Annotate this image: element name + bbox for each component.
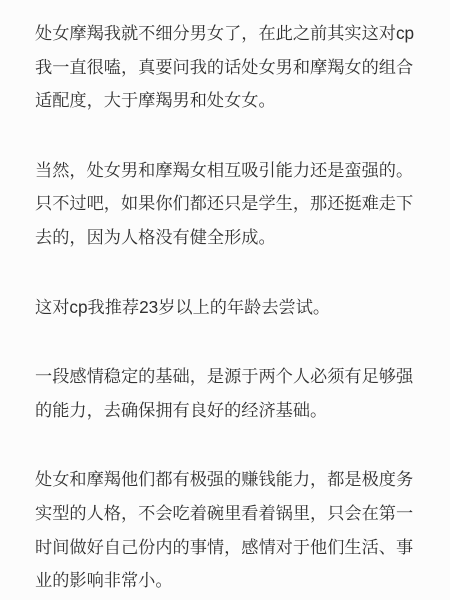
article-paragraph-4: 一段感情稳定的基础，是源于两个人必须有足够强的能力，去确保拥有良好的经济基础。 — [35, 360, 415, 427]
article-paragraph-5: 处女和摩羯他们都有极强的赚钱能力，都是极度务实型的人格，不会吃着碗里看着锅里，只… — [35, 463, 415, 597]
article-page: 处女摩羯我就不细分男女了，在此之前其实这对cp我一直很嗑，真要问我的话处女男和摩… — [0, 0, 450, 600]
article-paragraph-3: 这对cp我推荐23岁以上的年龄去尝试。 — [35, 291, 415, 325]
article-paragraph-2: 当然，处女男和摩羯女相互吸引能力还是蛮强的。只不过吧，如果你们都还只是学生，那还… — [35, 154, 415, 255]
article-paragraph-1: 处女摩羯我就不细分男女了，在此之前其实这对cp我一直很嗑，真要问我的话处女男和摩… — [35, 17, 415, 118]
